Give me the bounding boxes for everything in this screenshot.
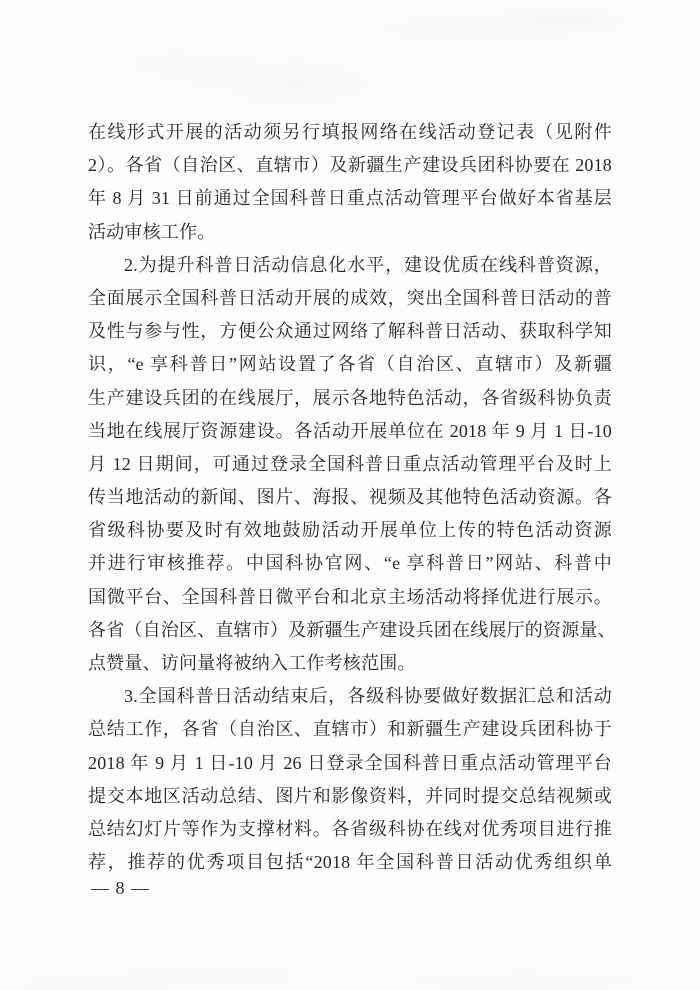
- text-block: 在线形式开展的活动须另行填报网络在线活动登记表（见附件2）。各省（自治区、直辖市…: [88, 116, 612, 879]
- text-line: 当地在线展厅资源建设。各活动开展单位在 2018 年 9 月 1 日-10: [88, 415, 612, 448]
- text-line: 及性与参与性，方便公众通过网络了解科普日活动、获取科学知: [88, 315, 612, 348]
- text-line: 在线形式开展的活动须另行填报网络在线活动登记表（见附件: [88, 116, 612, 149]
- text-line: 总结工作，各省（自治区、直辖市）和新疆生产建设兵团科协于: [88, 713, 612, 746]
- scan-noise-bottom: [0, 935, 700, 990]
- text-line: 国微平台、全国科普日微平台和北京主场活动将择优进行展示。: [88, 581, 612, 614]
- scan-noise-top: [0, 0, 700, 118]
- text-line: 荐，推荐的优秀项目包括“2018 年全国科普日活动优秀组织单: [88, 846, 612, 879]
- text-line: 年 8 月 31 日前通过全国科普日重点活动管理平台做好本省基层: [88, 182, 612, 215]
- text-line: 2018 年 9 月 1 日-10 月 26 日登录全国科普日重点活动管理平台: [88, 747, 612, 780]
- text-line: 活动审核工作。: [88, 216, 612, 249]
- text-line: 提交本地区活动总结、图片和影像资料，并同时提交总结视频或: [88, 780, 612, 813]
- text-line: 总结幻灯片等作为支撑材料。各省级科协在线对优秀项目进行推: [88, 813, 612, 846]
- text-line: 省级科协要及时有效地鼓励活动开展单位上传的特色活动资源: [88, 514, 612, 547]
- text-line: 3.全国科普日活动结束后，各级科协要做好数据汇总和活动: [88, 680, 612, 713]
- text-line: 识，“e 享科普日”网站设置了各省（自治区、直辖市）及新疆: [88, 348, 612, 381]
- text-line: 月 12 日期间，可通过登录全国科普日重点活动管理平台及时上: [88, 448, 612, 481]
- text-line: 2.为提升科普日活动信息化水平，建设优质在线科普资源，: [88, 249, 612, 282]
- text-line: 生产建设兵团的在线展厅，展示各地特色活动，各省级科协负责: [88, 382, 612, 415]
- text-line: 并进行审核推荐。中国科协官网、“e 享科普日”网站、科普中: [88, 547, 612, 580]
- text-line: 全面展示全国科普日活动开展的成效，突出全国科普日活动的普: [88, 282, 612, 315]
- page-number: — 8 —: [91, 874, 150, 902]
- scanned-document-page: 在线形式开展的活动须另行填报网络在线活动登记表（见附件2）。各省（自治区、直辖市…: [0, 0, 700, 990]
- text-line: 点赞量、访问量将被纳入工作考核范围。: [88, 647, 612, 680]
- text-line: 各省（自治区、直辖市）及新疆生产建设兵团在线展厅的资源量、: [88, 614, 612, 647]
- text-line: 传当地活动的新闻、图片、海报、视频及其他特色活动资源。各: [88, 481, 612, 514]
- text-line: 2）。各省（自治区、直辖市）及新疆生产建设兵团科协要在 2018: [88, 149, 612, 182]
